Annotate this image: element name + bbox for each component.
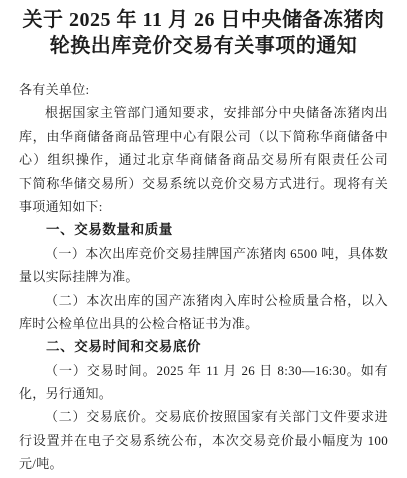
doc-line: 下简称华储交易所）交易系统以竞价交易方式进行。现将有关 bbox=[19, 172, 388, 195]
doc-line: 心）组织操作，通过北京华商储备商品交易所有限责任公司（以 bbox=[19, 148, 388, 171]
section-heading: 二、交易时间和交易底价 bbox=[19, 335, 388, 358]
document-body: 各有关单位:根据国家主管部门通知要求，安排部分中央储备冻猪肉出库，由华商储备商品… bbox=[19, 78, 388, 476]
doc-line: 根据国家主管部门通知要求，安排部分中央储备冻猪肉出 bbox=[19, 101, 388, 124]
section-heading: 一、交易数量和质量 bbox=[19, 218, 388, 241]
doc-line: 元/吨。 bbox=[19, 452, 388, 475]
doc-line: 行设置并在电子交易系统公布，本次交易竞价最小幅度为 100 bbox=[19, 429, 388, 452]
doc-line: 库，由华商储备商品管理中心有限公司（以下简称华商储备中 bbox=[19, 125, 388, 148]
notice-document: 关于 2025 年 11 月 26 日中央储备冻猪肉 轮换出库竞价交易有关事项的… bbox=[0, 0, 407, 478]
doc-line: （二）本次出库的国产冻猪肉入库时公检质量合格，以入 bbox=[19, 289, 388, 312]
doc-line: 各有关单位: bbox=[19, 78, 388, 101]
document-title: 关于 2025 年 11 月 26 日中央储备冻猪肉 轮换出库竞价交易有关事项的… bbox=[19, 7, 388, 59]
document-title-line-1: 关于 2025 年 11 月 26 日中央储备冻猪肉 bbox=[19, 7, 388, 33]
doc-line: 事项通知如下: bbox=[19, 195, 388, 218]
doc-line: （一）本次出库竞价交易挂牌国产冻猪肉 6500 吨，具体数 bbox=[19, 242, 388, 265]
doc-line: （一）交易时间。2025 年 11 月 26 日 8:30—16:30。如有变 bbox=[19, 359, 388, 382]
document-title-line-2: 轮换出库竞价交易有关事项的通知 bbox=[19, 33, 388, 59]
doc-line: 库时公检单位出具的公检合格证书为准。 bbox=[19, 312, 388, 335]
doc-line: 化，另行通知。 bbox=[19, 382, 388, 405]
doc-line: 量以实际挂牌为准。 bbox=[19, 265, 388, 288]
doc-line: （二）交易底价。交易底价按照国家有关部门文件要求进 bbox=[19, 405, 388, 428]
